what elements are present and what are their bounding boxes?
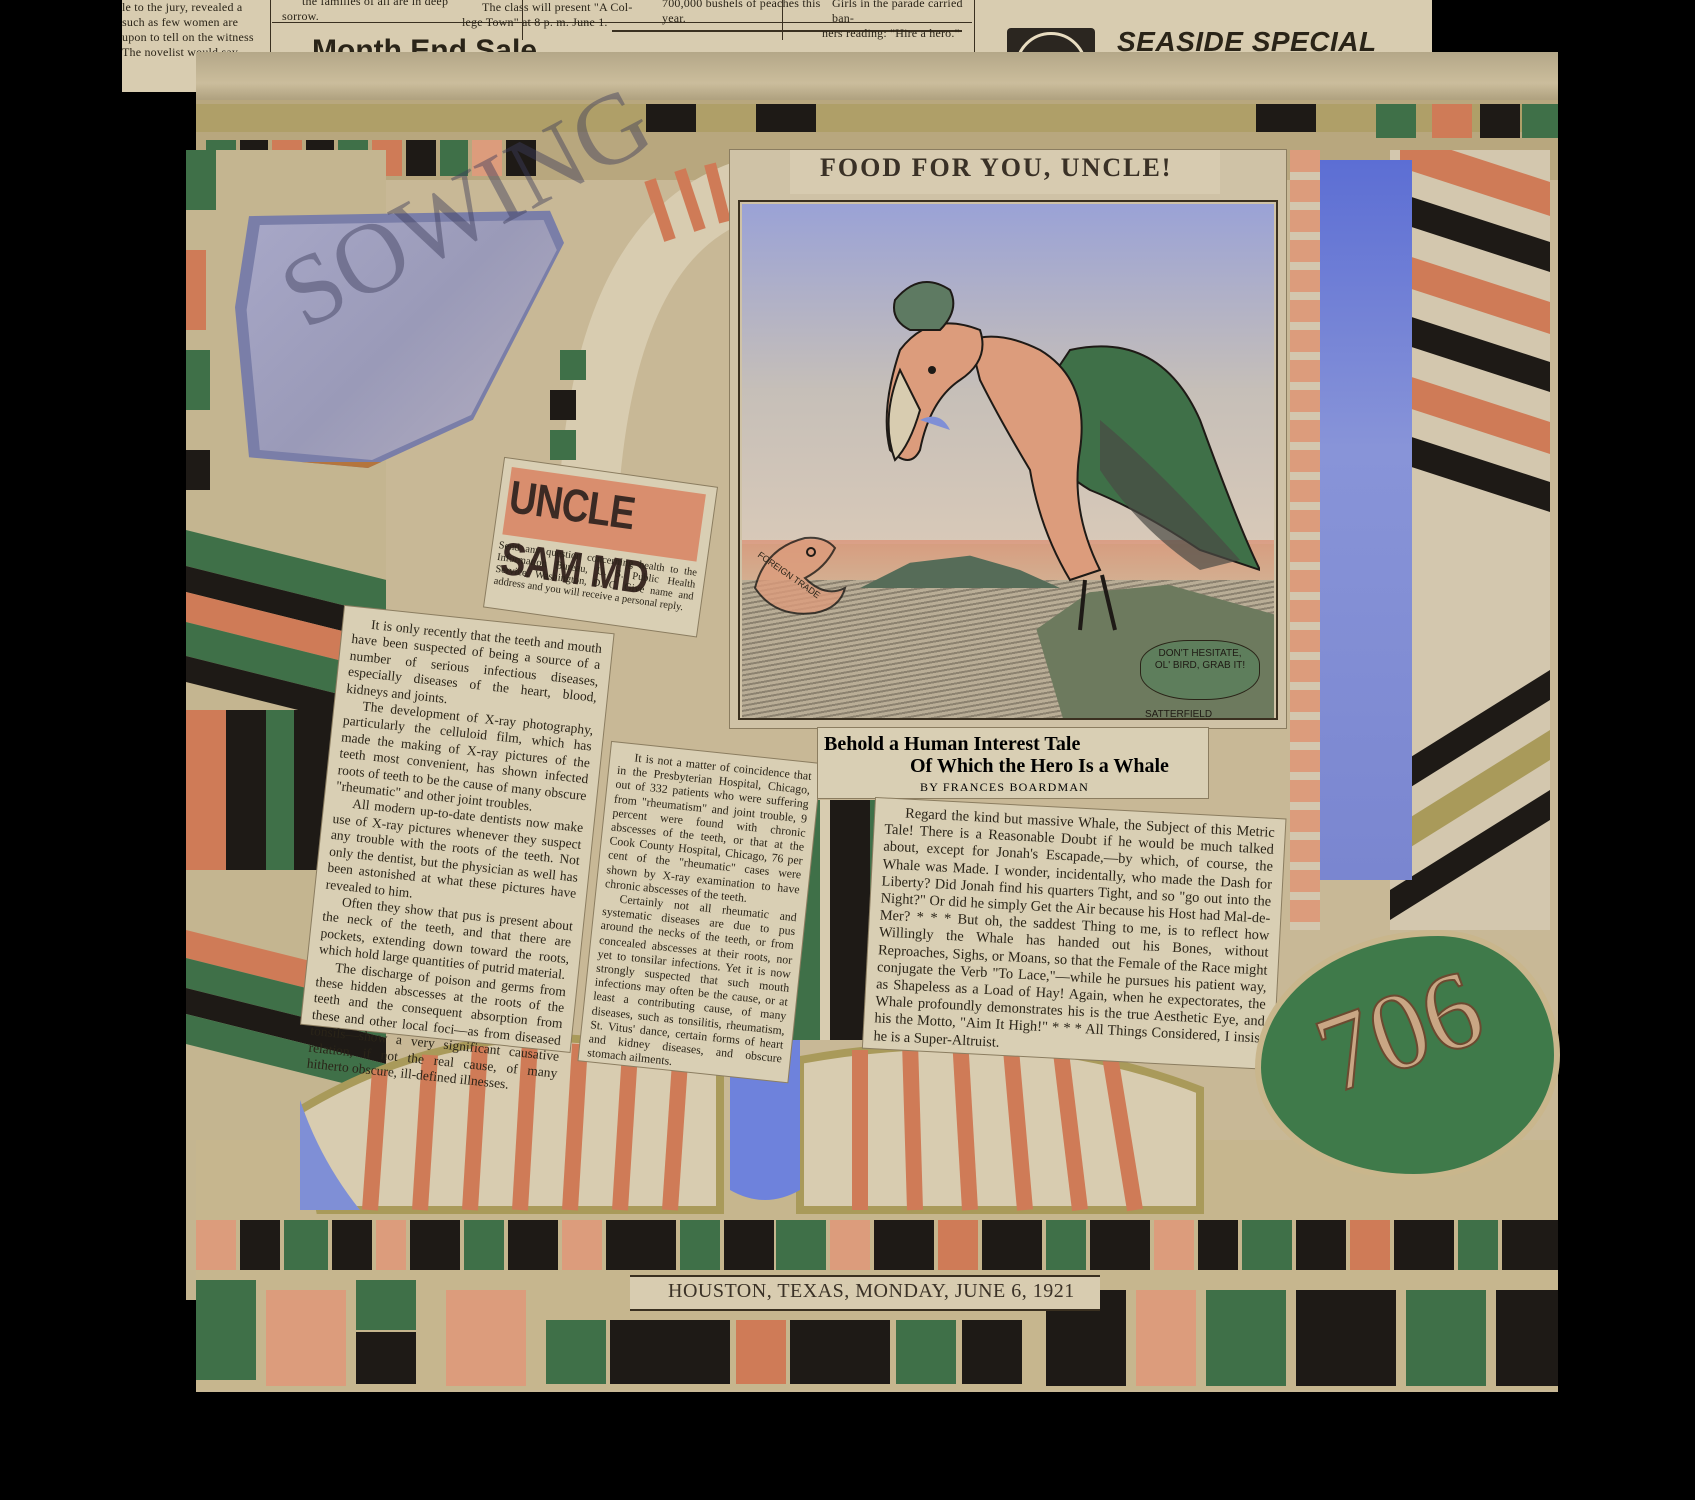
- np-line: Girls in the parade carried ban-: [822, 0, 982, 26]
- whale-headline-line-2: Of Which the Hero Is a Whale: [910, 755, 1169, 778]
- torn-paper-edge: [196, 52, 1558, 104]
- np-line: upon to tell on the witness: [122, 30, 270, 45]
- article-paragraph: Certainly not all rheumatic and systemat…: [587, 890, 798, 1080]
- newspaper-column-4: 700,000 bushels of peaches this year.: [662, 0, 832, 26]
- cartoon-title: FOOD FOR YOU, UNCLE!: [820, 153, 1172, 183]
- whale-article-text: Regard the kind but massive Whale, the S…: [873, 805, 1275, 1066]
- np-line: such as few women are: [122, 15, 270, 30]
- whale-byline: BY FRANCES BOARDMAN: [920, 780, 1089, 795]
- whale-headline-line-1: Behold a Human Interest Tale: [824, 733, 1080, 756]
- right-striped-border: [1390, 150, 1550, 930]
- vulture-illustration: [840, 270, 1260, 670]
- np-line: 700,000 bushels of peaches this: [662, 0, 832, 11]
- uncle-sam-md-clipping: UNCLE SAM MD Send any question concernin…: [484, 458, 717, 636]
- date-banner-text: HOUSTON, TEXAS, MONDAY, JUNE 6, 1921: [668, 1280, 1075, 1303]
- artist-signature: SATTERFIELD: [1145, 709, 1212, 720]
- dental-article-left: It is only recently that the teeth and m…: [301, 606, 613, 1052]
- article-paragraph: It is not a matter of coincidence that i…: [604, 749, 812, 911]
- np-line: ners reading: "Hire a hero.": [822, 26, 982, 41]
- newspaper-column-1: le to the jury, revealed a such as few w…: [122, 0, 270, 60]
- np-line: year.: [662, 11, 832, 26]
- whale-article-body: Regard the kind but massive Whale, the S…: [863, 798, 1286, 1069]
- blue-vertical-band: [1318, 160, 1412, 880]
- newspaper-column-5: Girls in the parade carried ban- ners re…: [822, 0, 982, 41]
- fish-illustration: [745, 528, 865, 618]
- speech-bubble-text: DON'T HESITATE, OL' BIRD, GRAB IT!: [1150, 648, 1250, 672]
- np-line: le to the jury, revealed a: [122, 0, 270, 15]
- ladder-stripe: [1290, 150, 1320, 930]
- dental-article-middle: It is not a matter of coincidence that i…: [579, 742, 821, 1082]
